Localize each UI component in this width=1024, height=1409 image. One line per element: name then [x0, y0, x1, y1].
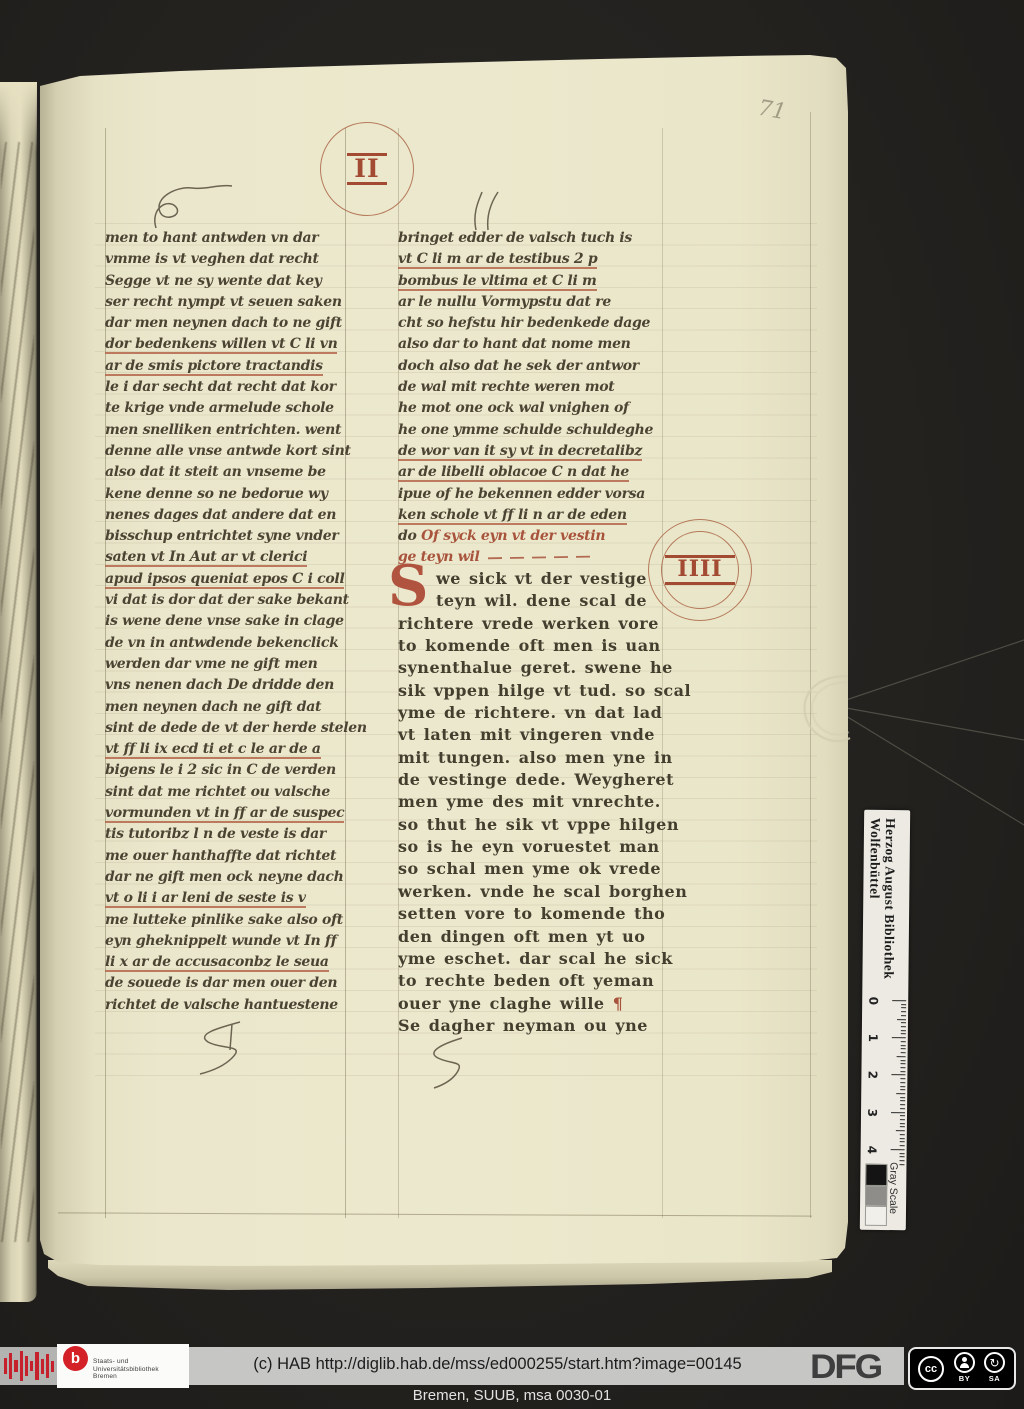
text-line: vns nenen dach De dridde den: [105, 675, 351, 696]
text-line: men yme des mit vnrechte.: [398, 791, 668, 813]
grayscale-patch-gray: [865, 1186, 887, 1206]
cc-by-person-icon: [954, 1352, 975, 1373]
text-line: dar men neynen dach to ne gift: [105, 313, 351, 334]
barcode-bar: [4, 1358, 7, 1374]
right-text-column-lower: we sick vt der vestigeteyn wil. dene sca…: [398, 568, 668, 1037]
text-line: me lutteke pinlike sake also oft: [105, 910, 351, 931]
text-line: setten vore to komende tho: [398, 903, 668, 925]
quire-mark-circle-middle-inner: IIII: [661, 531, 739, 609]
text-line: le i dar secht dat recht dat kor: [105, 377, 351, 398]
text-line: ipue of he bekennen edder vorsa: [398, 484, 668, 505]
text-line: de vestinge dede. Weygheret: [398, 769, 668, 791]
grayscale-patch-black: [865, 1164, 887, 1186]
text-line: he one ymme schulde schuldeghe: [398, 420, 668, 441]
text-line: kene denne so ne bedorue wy: [105, 484, 351, 505]
image-caption: Bremen, SUUB, msa 0030-01: [0, 1387, 1024, 1404]
text-line: vt o li i ar leni de seste is v: [105, 888, 351, 909]
library-name: Staats- undUniversitätsbibliothekBremen: [93, 1358, 159, 1381]
text-line: Segge vt ne sy wente dat key: [105, 271, 351, 292]
text-line: ge teyn wil: [398, 547, 668, 568]
text-line: vt ff li ix ecd ti et c le ar de a: [105, 739, 351, 760]
barcode-bar: [25, 1356, 28, 1376]
text-line: li x ar de accusaconbz le seua: [105, 952, 351, 973]
descender-flourish-left: [188, 1020, 268, 1078]
text-line: ken schole vt ff li n ar de eden: [398, 505, 668, 526]
text-line: is wene dene vnse sake in clage: [105, 611, 351, 632]
text-line: so schal men yme ok vrede: [398, 858, 668, 880]
barcode-bar: [51, 1361, 54, 1372]
rubricated-initial: S: [388, 558, 428, 614]
copyright-url-text: (c) HAB http://diglib.hab.de/mss/ed00025…: [185, 1355, 810, 1374]
barcode-bar: [41, 1359, 44, 1374]
facing-page-text-blur: [1, 142, 34, 1242]
text-line: vt C li m ar de testibus 2 p: [398, 249, 668, 270]
cc-sa-arrow-icon: ↻: [984, 1352, 1005, 1373]
text-line: vmme is vt veghen dat recht: [105, 249, 351, 270]
manuscript-page: 71 II IIII men to hant antwden vn darvmm…: [40, 52, 848, 1268]
text-line: vormunden vt in ff ar de suspec: [105, 803, 351, 824]
text-line: men snelliken entrichten. went: [105, 420, 351, 441]
text-line: richtet de valsche hantuestene: [105, 995, 351, 1016]
text-line: ouer yne claghe wille ¶: [398, 993, 668, 1015]
text-line: de wor van it sy vt in decretalibz: [398, 441, 668, 462]
folio-number: 71: [756, 96, 788, 125]
facing-page-edge: [0, 82, 37, 1302]
barcode-bar: [30, 1361, 33, 1371]
text-line: sint de dede de vt der herde stelen: [105, 718, 351, 739]
text-line: men neynen dach ne gift dat: [105, 697, 351, 718]
text-line: so is he eyn voruestet man: [398, 836, 668, 858]
left-text-column: men to hant antwden vn darvmme is vt veg…: [105, 228, 351, 1016]
right-text-column-upper: bringet edder de valsch tuch isvt C li m…: [398, 228, 668, 569]
text-line: Universitätsbibliothek: [93, 1366, 159, 1374]
ruler-tick-label: 2: [866, 1071, 880, 1080]
bremen-library-card: b Staats- undUniversitätsbibliothekBreme…: [57, 1344, 189, 1388]
ruler-tick-marks: [888, 1000, 906, 1166]
text-line: yme de richtere. vn dat lad: [398, 702, 668, 724]
text-line: te krige vnde armelude schole: [105, 398, 351, 419]
quire-mark-circle-top: II: [320, 122, 414, 216]
text-line: Bremen: [93, 1373, 159, 1381]
text-line: werden dar vme ne gift men: [105, 654, 351, 675]
ascender-flourish-left: [148, 180, 238, 232]
barcode-bar: [35, 1352, 39, 1380]
text-line: Se dagher neyman ou yne: [398, 1015, 668, 1037]
text-line: den dingen oft men yt uo: [398, 926, 668, 948]
quire-numeral-iiii: IIII: [665, 555, 734, 584]
text-line: so thut he sik vt vppe hilgen: [398, 814, 668, 836]
text-line: ar de libelli oblacoe C n dat he: [398, 462, 668, 483]
text-line: sint dat me richtet ou valsche: [105, 782, 351, 803]
text-line: bringet edder de valsch tuch is: [398, 228, 668, 249]
barcode-bar: [9, 1353, 12, 1379]
ruling-line-bottom: [58, 1212, 812, 1216]
text-line: eyn gheknippelt wunde vt In ff: [105, 931, 351, 952]
grayscale-label: Gray Scale: [887, 1162, 900, 1228]
ruler-tick-label: 1: [866, 1034, 880, 1043]
text-line: cht so hefstu hir bedenkede dage: [398, 313, 668, 334]
barcode-bar: [20, 1351, 23, 1381]
text-line: de souede is dar men ouer den: [105, 973, 351, 994]
text-line: also dar to hant dat nome men: [398, 334, 668, 355]
ascender-flourish-right: [468, 190, 508, 232]
dfg-logo: DFG: [810, 1348, 881, 1387]
ruler-tick-label: 4: [865, 1145, 879, 1154]
text-line: richtere vrede werken vore: [398, 613, 668, 635]
ruler-tick-label: 3: [865, 1108, 879, 1117]
text-line: tis tutoribz l n de veste is dar: [105, 824, 351, 845]
cc-by-block: BY: [954, 1352, 975, 1383]
grayscale-patch-white: [865, 1206, 887, 1226]
text-line: nenes dages dat andere dat en: [105, 505, 351, 526]
text-line: ar de smis pictore tractandis: [105, 356, 351, 377]
text-line: apud ipsos queniat epos C i coll: [105, 569, 351, 590]
text-line: me ouer hanthaffte dat richtet: [105, 846, 351, 867]
bremen-logo-icon: b: [63, 1346, 88, 1371]
barcode-bar: [46, 1354, 49, 1378]
text-line: he mot one ock wal vnighen of: [398, 398, 668, 419]
text-line: to rechte beden oft yeman: [398, 970, 668, 992]
reference-ruler-card: Herzog August Bibliothek Wolfenbüttel 01…: [860, 810, 910, 1230]
text-line: bombus le vltima et C li m: [398, 271, 668, 292]
suub-barcode-logo: [0, 1347, 57, 1385]
text-line: dar ne gift men ock neyne dach: [105, 867, 351, 888]
text-line: Staats- und: [93, 1358, 159, 1366]
cc-sa-label: SA: [989, 1374, 1000, 1383]
text-line: synenthalue geret. swene he: [398, 657, 668, 679]
text-line: denne alle vnse antwde kort sint: [105, 441, 351, 462]
text-line: we sick vt der vestige: [398, 568, 668, 590]
text-line: sik vppen hilge vt tud. so scal: [398, 680, 668, 702]
barcode-bar: [14, 1360, 18, 1372]
text-line: ar le nullu Vormypstu dat re: [398, 292, 668, 313]
cc-by-label: BY: [959, 1374, 970, 1383]
descender-flourish-right: [422, 1036, 482, 1090]
page-holder-clip: [796, 672, 858, 752]
cc-license-badge: cc BY ↻ SA: [908, 1347, 1016, 1390]
cc-sa-block: ↻ SA: [984, 1352, 1005, 1383]
text-line: to komende oft men is uan: [398, 635, 668, 657]
text-line: de vn in antwdende bekenclick: [105, 633, 351, 654]
quire-numeral-ii: II: [347, 153, 386, 185]
text-line: werken. vnde he scal borghen: [398, 881, 668, 903]
text-line: teyn wil. dene scal de: [398, 590, 668, 612]
text-line: bisschup entrichtet syne vnder: [105, 526, 351, 547]
text-line: dor bedenkens willen vt C li vn: [105, 334, 351, 355]
text-line: vt laten mit vingeren vnde: [398, 724, 668, 746]
text-line: do Of syck eyn vt der vestin: [398, 526, 668, 547]
text-line: bigens le i 2 sic in C de verden: [105, 760, 351, 781]
text-line: vi dat is dor dat der sake bekant: [105, 590, 351, 611]
text-line: yme eschet. dar scal he sick: [398, 948, 668, 970]
ruler-tick-label: 0: [866, 997, 880, 1006]
text-line: saten vt In Aut ar vt clerici: [105, 547, 351, 568]
ruler-scale-numbers: 01234: [868, 1000, 884, 1160]
text-line: ser recht nympt vt seuen saken: [105, 292, 351, 313]
text-line: also dat it steit an vnseme be: [105, 462, 351, 483]
text-line: doch also dat he sek der antwor: [398, 356, 668, 377]
cc-icon: cc: [918, 1356, 944, 1382]
text-line: de wal mit rechte weren mot: [398, 377, 668, 398]
text-line: mit tungen. also men yne in: [398, 747, 668, 769]
